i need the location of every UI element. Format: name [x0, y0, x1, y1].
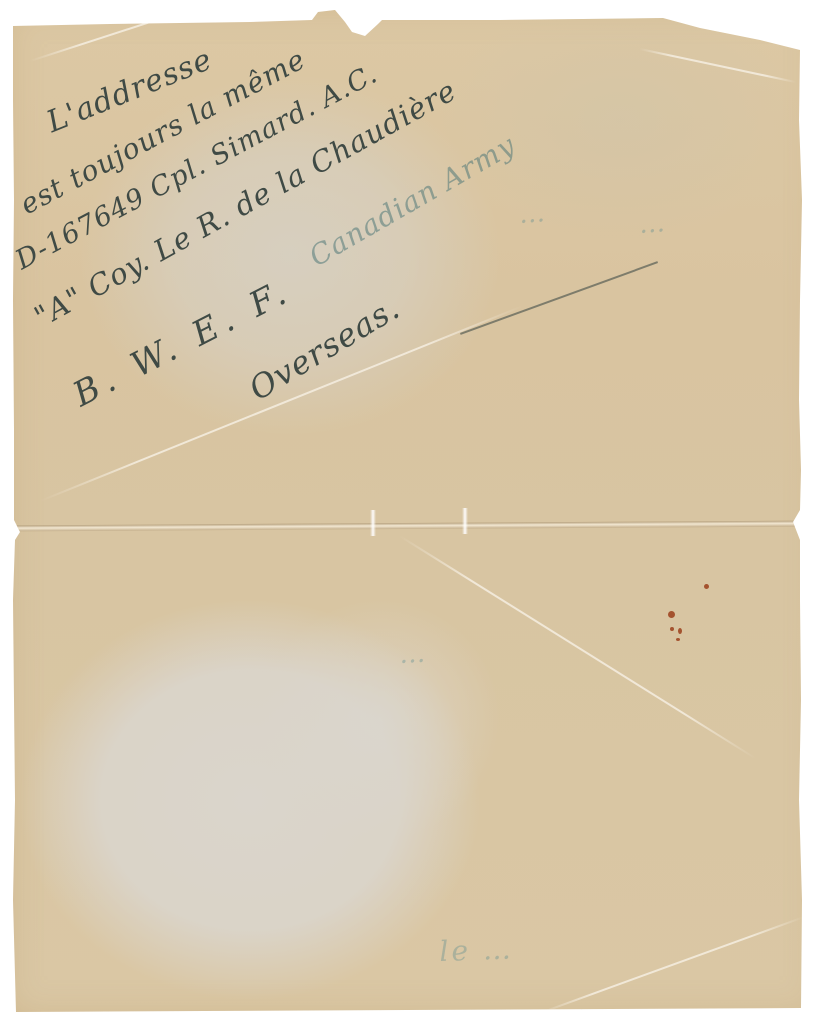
rust-spot — [676, 638, 680, 641]
paper-crease — [40, 305, 523, 502]
bleed-through-text: … — [638, 208, 669, 240]
pencil-stroke — [460, 261, 658, 334]
fold-pinch — [370, 510, 376, 536]
letter-paper: … … … le … … L'addresse est toujours la … — [0, 0, 827, 1024]
rust-spot — [670, 627, 674, 631]
bleed-through-text: le … — [439, 932, 515, 968]
paper-crease — [540, 916, 804, 1014]
rust-spot — [668, 611, 675, 618]
bleed-through-text: … — [398, 639, 429, 670]
bleed-through-text: … — [518, 198, 549, 230]
fold-pinch — [462, 508, 468, 534]
paper-crease — [399, 535, 756, 759]
paper-crease — [640, 48, 797, 83]
horizontal-fold — [14, 521, 800, 532]
rust-spot — [678, 628, 682, 634]
rust-spot — [704, 584, 709, 589]
